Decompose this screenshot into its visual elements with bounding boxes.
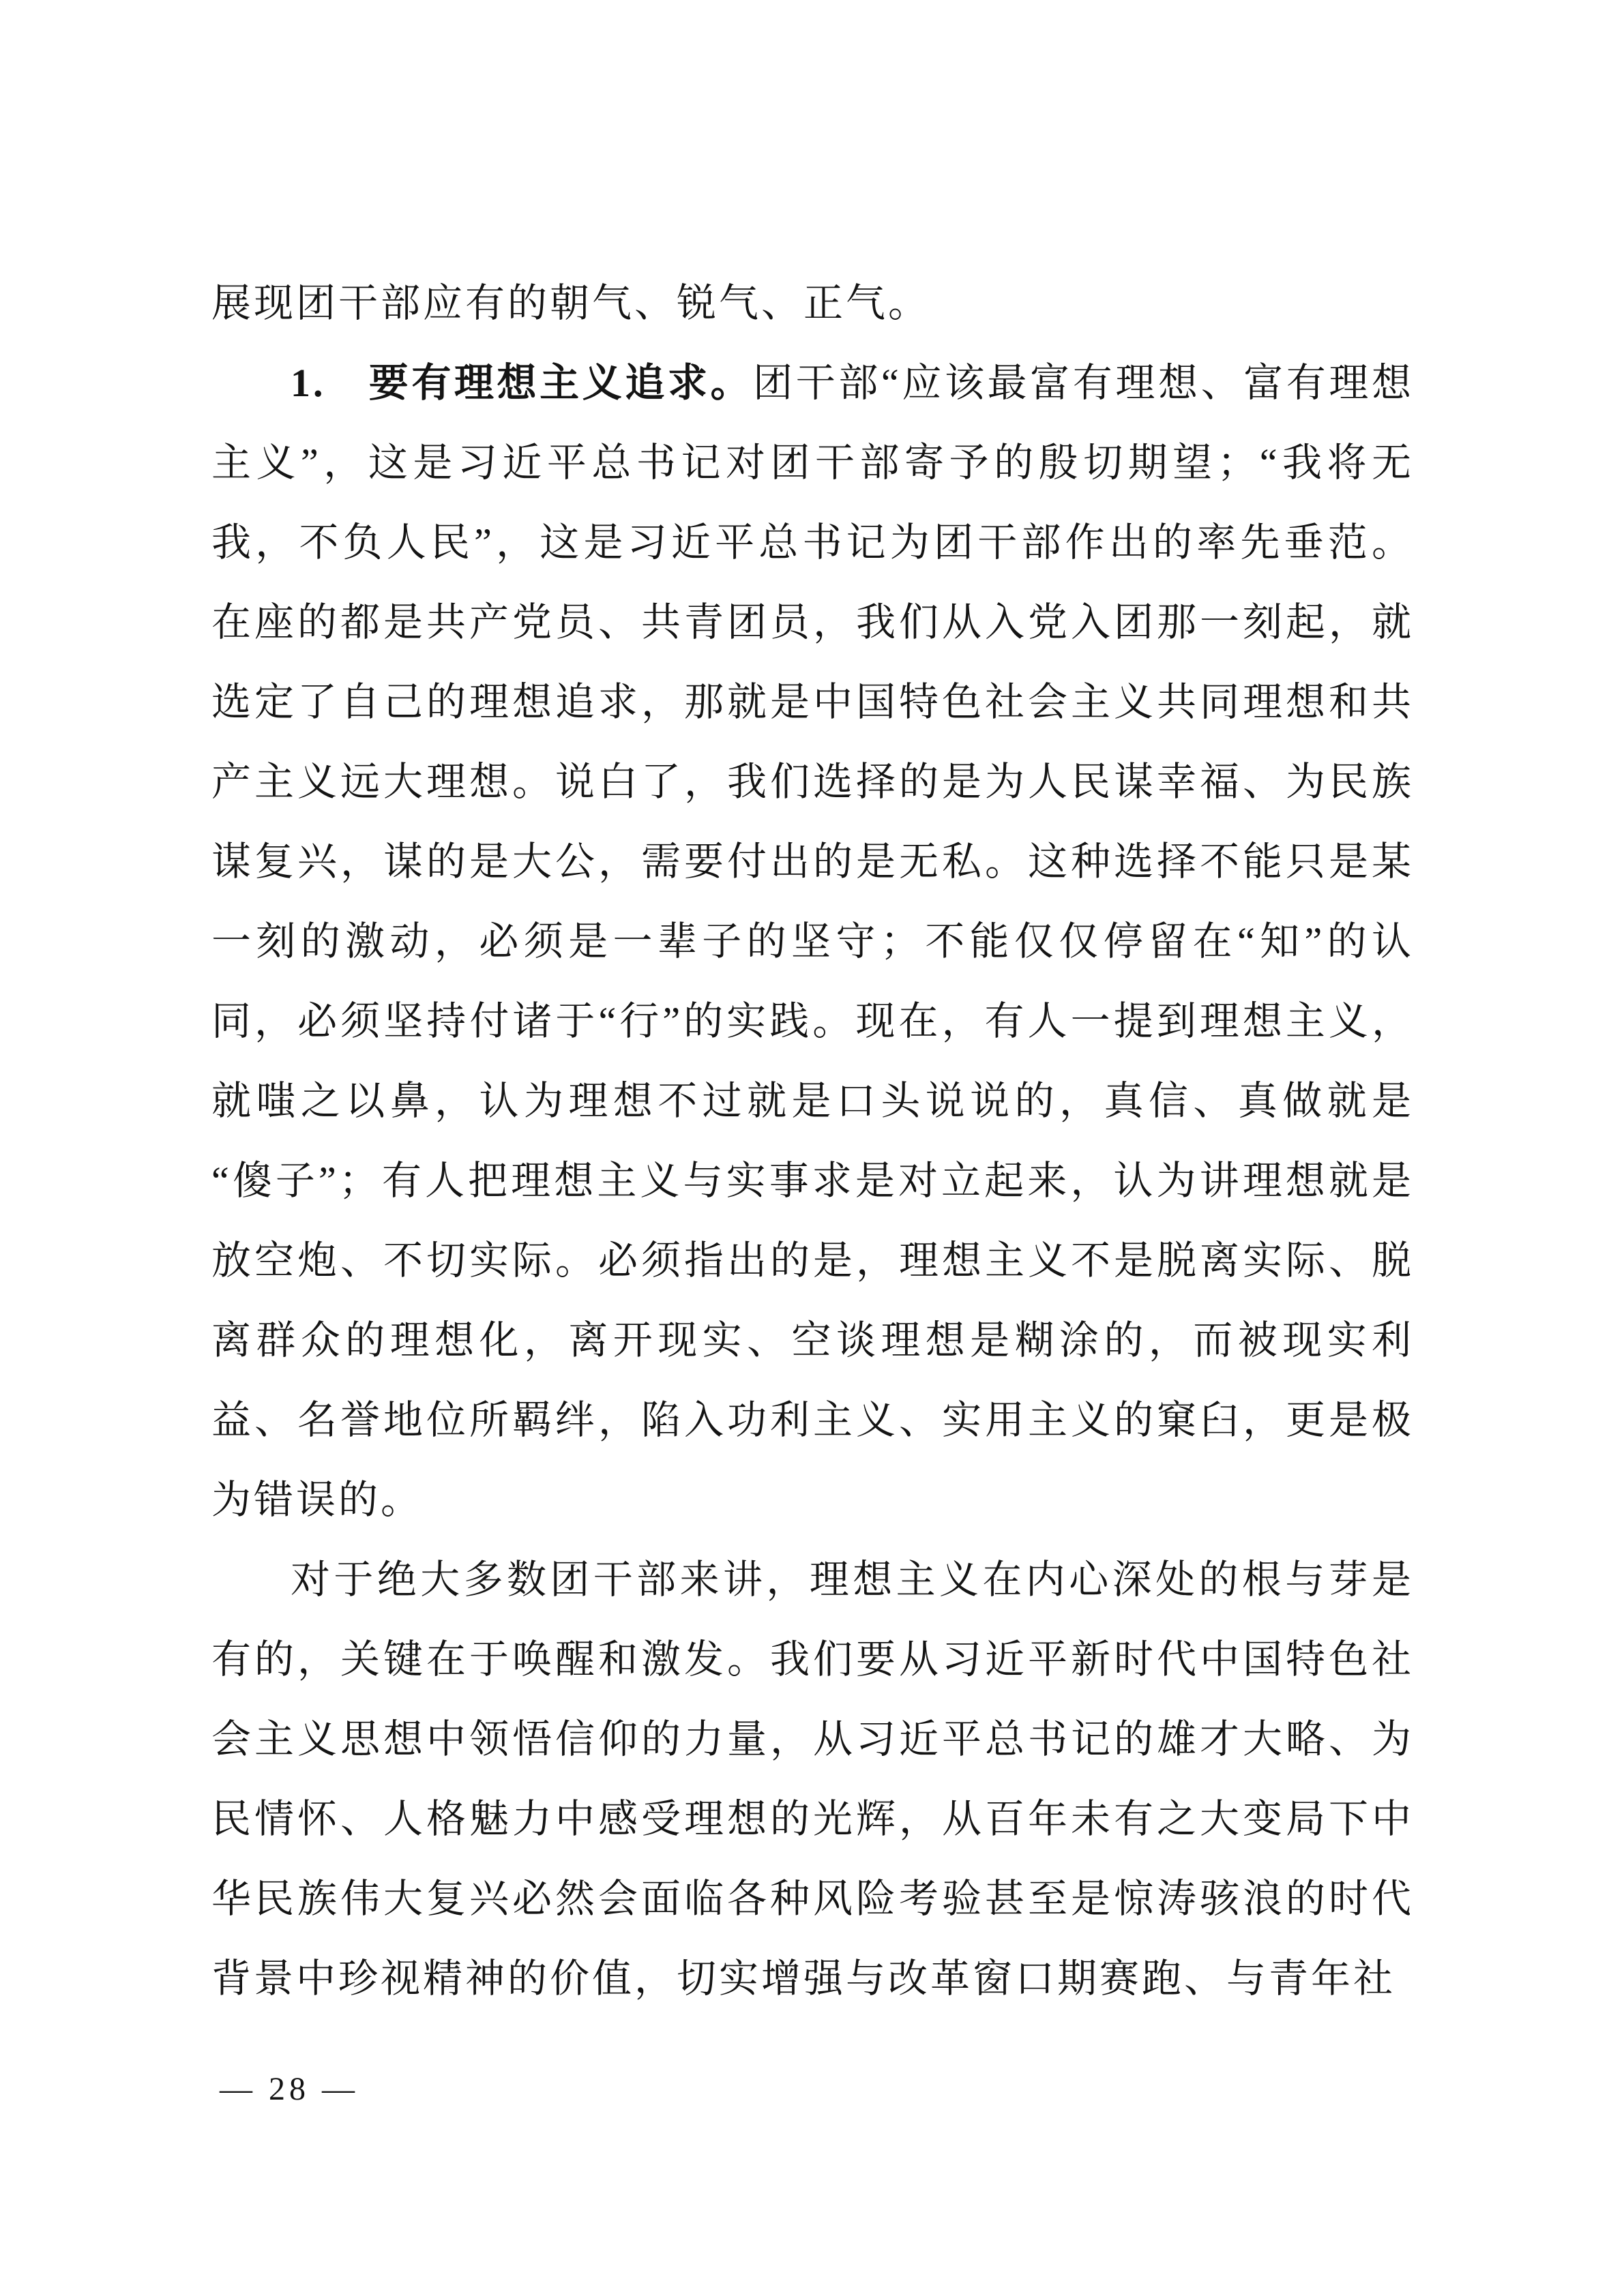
numbered-section-text: 团干部“应该最富有理想、富有理想主义”，这是习近平总书记对团干部寄予的殷切期望；… <box>211 361 1414 1522</box>
paragraph-body: 对于绝大多数团干部来讲，理想主义在内心深处的根与芽是有的，关键在于唤醒和激发。我… <box>211 1540 1414 2018</box>
document-body: 展现团干部应有的朝气、锐气、正气。 1. 要有理想主义追求。团干部“应该最富有理… <box>211 263 1414 2018</box>
document-page: 展现团干部应有的朝气、锐气、正气。 1. 要有理想主义追求。团干部“应该最富有理… <box>0 0 1624 2296</box>
numbered-heading: 1. 要有理想主义追求。 <box>291 361 753 405</box>
page-footer: — 28 — <box>220 2069 359 2110</box>
paragraph-continuation: 展现团干部应有的朝气、锐气、正气。 <box>211 263 1414 343</box>
paragraph-numbered-section: 1. 要有理想主义追求。团干部“应该最富有理想、富有理想主义”，这是习近平总书记… <box>211 343 1414 1540</box>
page-number: — 28 — <box>220 2071 359 2107</box>
